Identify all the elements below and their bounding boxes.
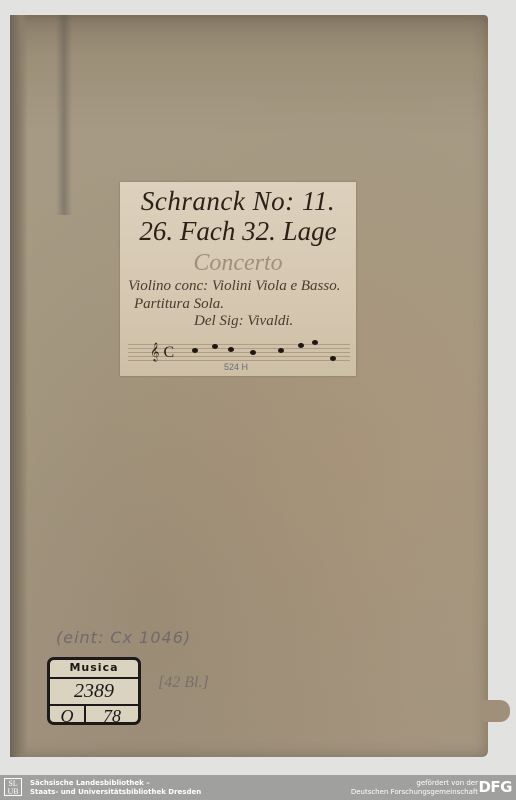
note-icon	[278, 348, 284, 353]
torn-paper-flap	[482, 700, 510, 722]
music-incipit: 𝄞 C	[128, 342, 350, 362]
instrumentation: Violino conc: Violini Viola e Basso.	[128, 278, 364, 295]
shelf-position: 26. Fach 32. Lage	[120, 216, 356, 247]
funding-note: gefördert von der Deutschen Forschungsge…	[351, 779, 478, 797]
former-shelfmark-note: (eint: Cx 1046)	[56, 628, 191, 647]
funding-line2: Deutschen Forschungsgemeinschaft	[351, 788, 478, 797]
cabinet-number: Schranck No: 11.	[120, 186, 356, 217]
shelfmark-label: Musica 2389 O 78	[47, 657, 141, 725]
shelfmark-sub-right: 78	[86, 706, 138, 725]
note-icon	[250, 350, 256, 355]
note-icon	[192, 348, 198, 353]
shelfmark-heading: Musica	[50, 660, 138, 679]
slub-logo-icon: SLUB	[4, 778, 22, 796]
footer-bar: SLUB Sächsische Landesbibliothek – Staat…	[0, 775, 516, 800]
title-label: Schranck No: 11. 26. Fach 32. Lage Conce…	[120, 182, 356, 376]
note-icon	[298, 343, 304, 348]
shelfmark-number: 2389	[50, 679, 138, 706]
leaf-count-note: [42 Bl.]	[158, 674, 209, 692]
note-icon	[330, 356, 336, 361]
note-icon	[312, 340, 318, 345]
work-genre: Concerto	[120, 250, 356, 277]
catalog-reference: 524 H	[224, 362, 248, 372]
clef-symbol: 𝄞 C	[150, 344, 174, 362]
note-icon	[228, 347, 234, 352]
funding-line1: gefördert von der	[351, 779, 478, 788]
library-name-line2: Staats- und Universitätsbibliothek Dresd…	[30, 788, 201, 797]
note-icon	[212, 344, 218, 349]
shelfmark-sub-left: O	[50, 706, 86, 725]
library-name-line1: Sächsische Landesbibliothek –	[30, 779, 201, 788]
score-type: Partitura Sola.	[134, 296, 370, 313]
library-name: Sächsische Landesbibliothek – Staats- un…	[30, 779, 201, 797]
dfg-logo-icon: DFG	[478, 779, 512, 795]
composer: Del Sig: Vivaldi.	[194, 313, 430, 330]
